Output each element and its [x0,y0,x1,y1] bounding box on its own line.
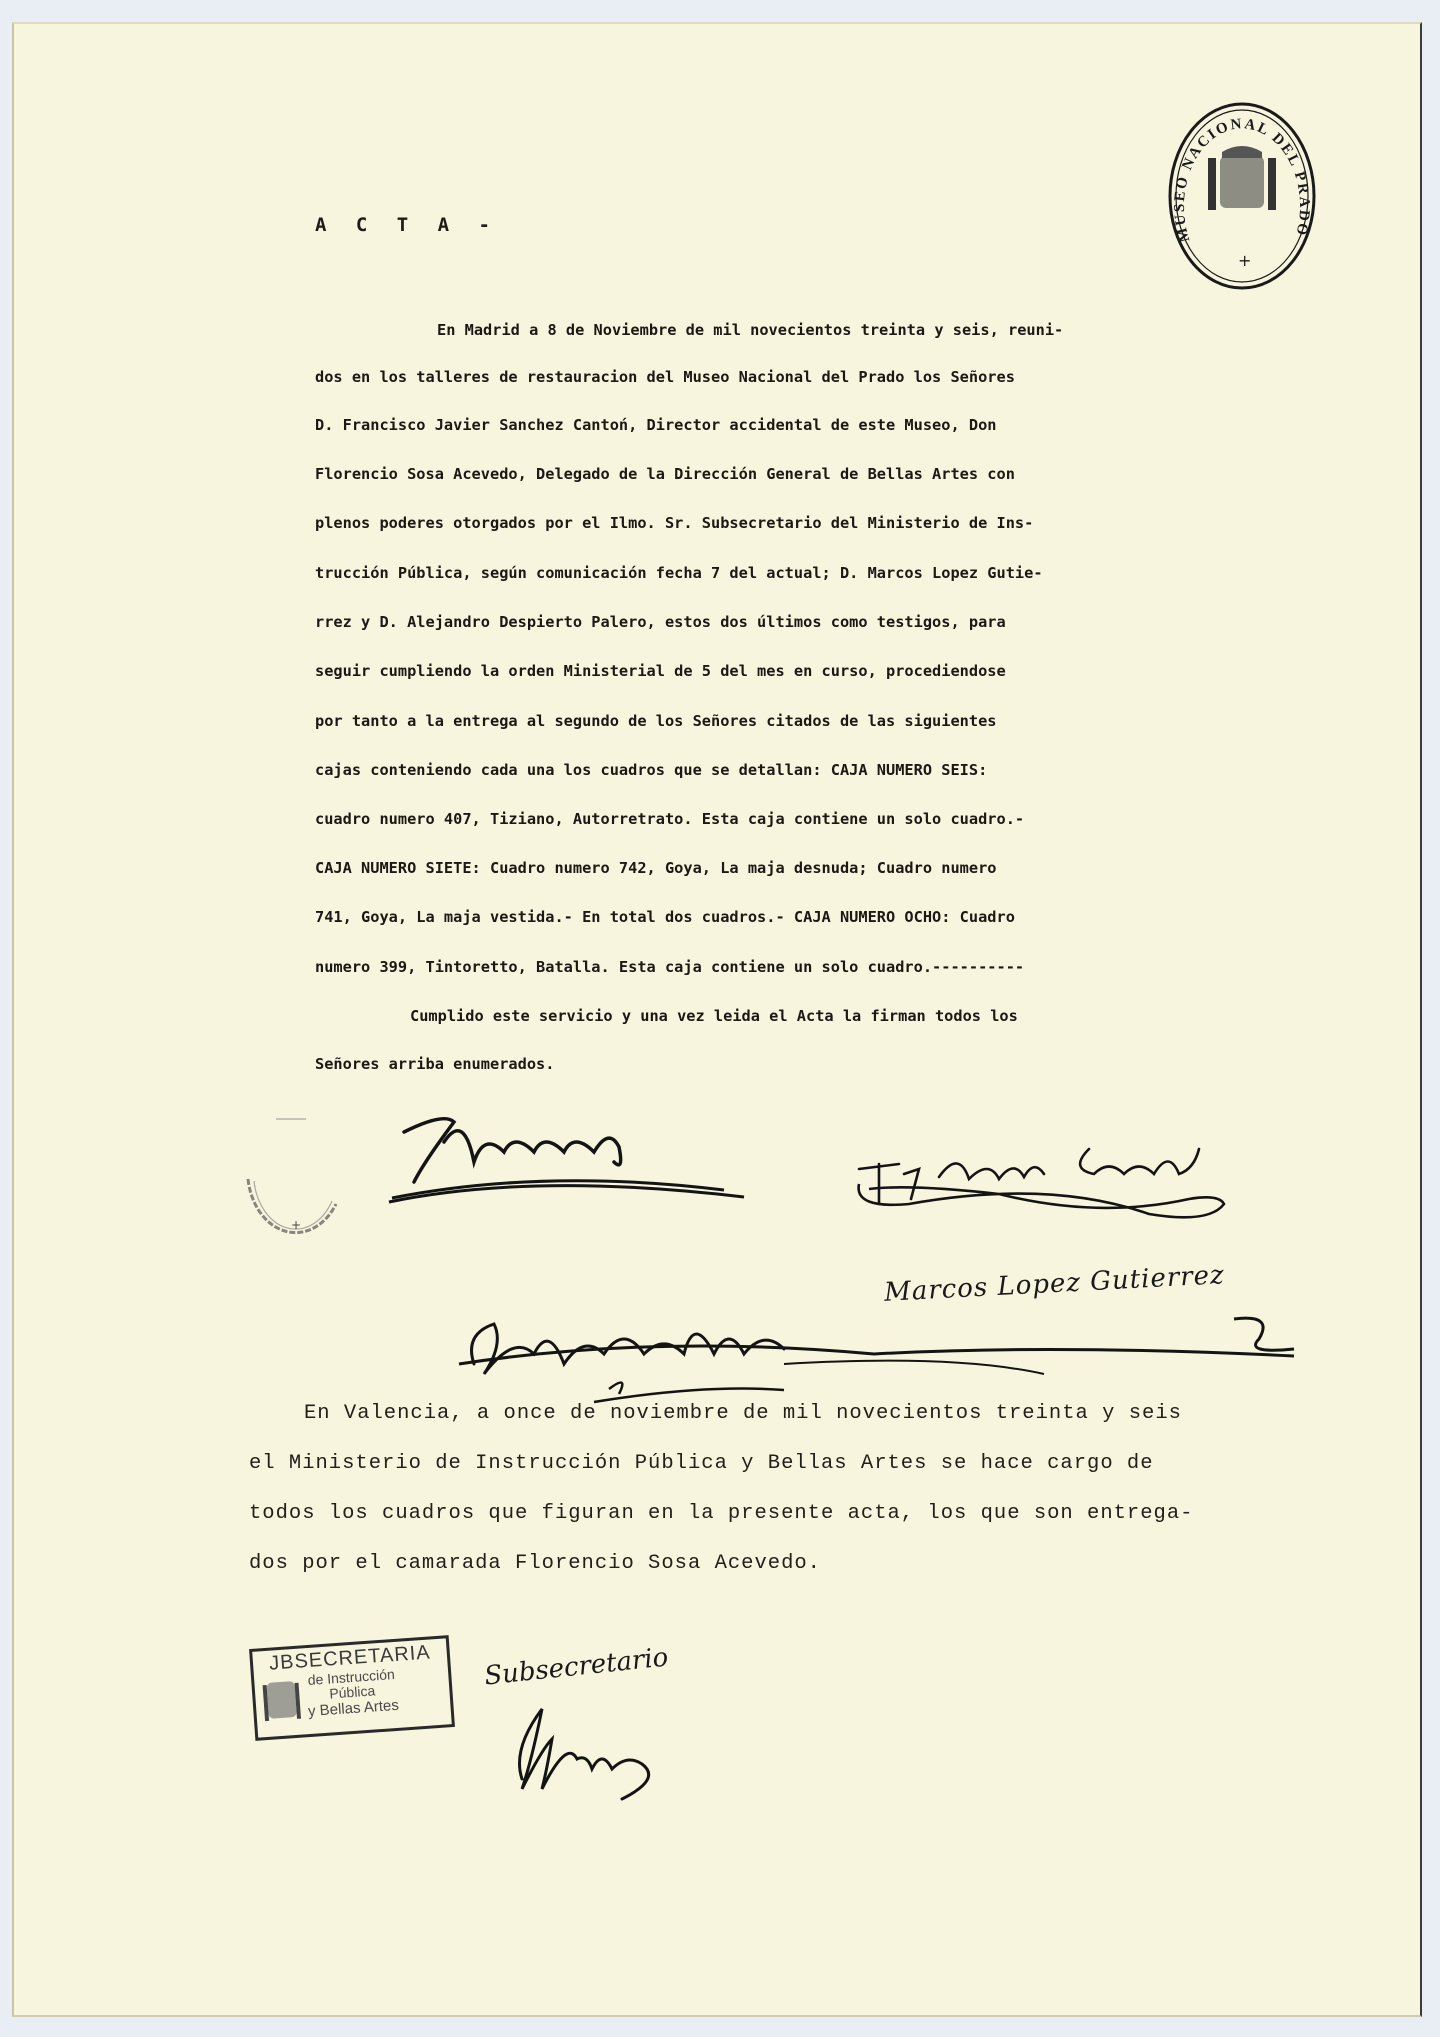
signature-subsecretario [492,1699,692,1809]
signature-sanchez-canton [849,1129,1269,1229]
body-line: CAJA NUMERO SIETE: Cuadro numero 742, Go… [315,859,997,877]
acta-body: En Madrid a 8 de Noviembre de mil noveci… [315,24,352,348]
body-line: En Madrid a 8 de Noviembre de mil noveci… [437,321,1063,339]
body-line: En Valencia, a once de noviembre de mil … [304,1402,1182,1425]
body-line: numero 399, Tintoretto, Batalla. Esta ca… [315,958,1024,976]
museo-prado-seal-icon: MUSEO NACIONAL DEL PRADO + [1162,96,1322,296]
body-line: rrez y D. Alejandro Despierto Palero, es… [315,613,1006,631]
document-page: MUSEO NACIONAL DEL PRADO + A C T A - En … [12,22,1422,2017]
body-line: cajas conteniendo cada una los cuadros q… [315,761,987,779]
body-line: D. Francisco Javier Sanchez Cantoń, Dire… [315,416,997,434]
signature-despierto [454,1294,1314,1414]
body-line: dos en los talleres de restauracion del … [315,368,1015,386]
body-line: el Ministerio de Instrucción Pública y B… [249,1452,1154,1475]
signature-acevedo [384,1102,764,1212]
subsecretaria-stamp: JBSECRETARIA de Instrucción Pública y Be… [249,1635,455,1741]
body-line: trucción Pública, según comunicación fec… [315,564,1043,582]
body-line: por tanto a la entrega al segundo de los… [315,712,997,730]
body-line: Florencio Sosa Acevedo, Delegado de la D… [315,465,1015,483]
body-line: 741, Goya, La maja vestida.- En total do… [315,908,1015,926]
body-line: Cumplido este servicio y una vez leida e… [410,1007,1018,1025]
body-line: seguir cumpliendo la orden Ministerial d… [315,662,1006,680]
body-line: dos por el camarada Florencio Sosa Aceve… [249,1552,821,1575]
body-line: plenos poderes otorgados por el Ilmo. Sr… [315,514,1033,532]
valencia-body: En Valencia, a once de noviembre de mil … [249,24,302,162]
body-line: cuadro numero 407, Tiziano, Autorretrato… [315,810,1024,828]
body-line: Señores arriba enumerados. [315,1055,554,1073]
crest-icon [260,1675,303,1728]
svg-text:+: + [1238,251,1251,270]
faded-seal-icon: + [236,1109,346,1249]
svg-text:+: + [291,1218,301,1232]
body-line: todos los cuadros que figuran en la pres… [249,1502,1193,1525]
subsecretario-label: Subsecretario [483,1642,670,1691]
